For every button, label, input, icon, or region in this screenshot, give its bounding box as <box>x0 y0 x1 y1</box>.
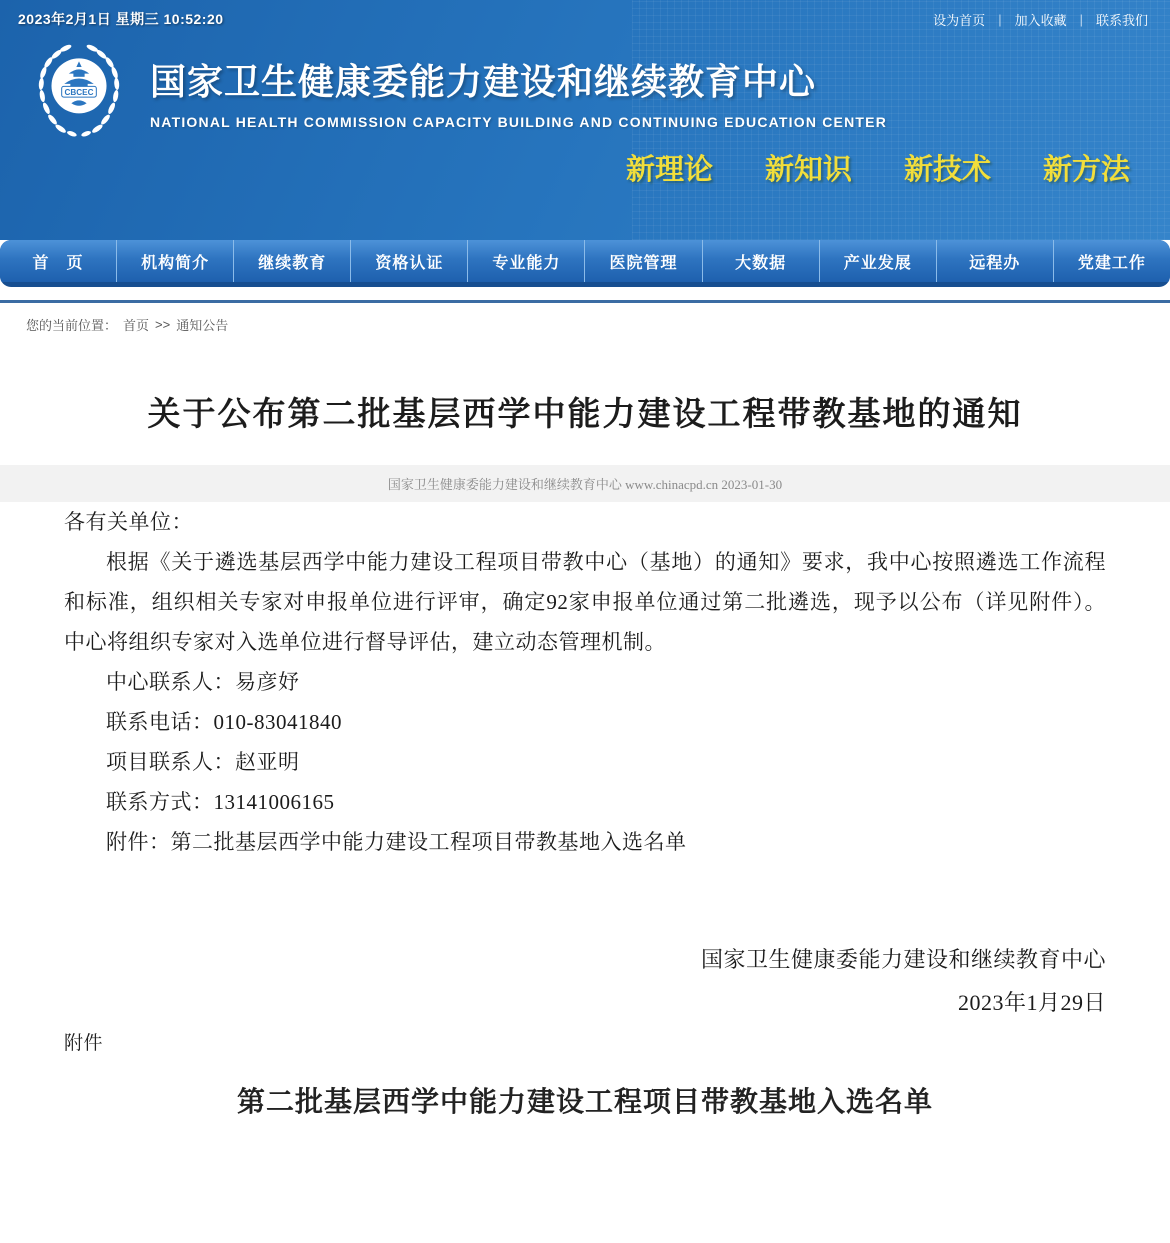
nav-item-hospital-management[interactable]: 医院管理 <box>584 240 701 282</box>
breadcrumb: 您的当前位置： 首页 >> 通知公告 <box>0 303 1170 342</box>
site-subtitle: NATIONAL HEALTH COMMISSION CAPACITY BUIL… <box>150 114 887 130</box>
nav-item-home[interactable]: 首 页 <box>0 240 116 282</box>
salutation: 各有关单位： <box>64 502 1106 542</box>
brand: CBCEC 国家卫生健康委能力建设和继续教育中心 NATIONAL HEALTH… <box>0 29 1170 145</box>
add-favorites-link[interactable]: 加入收藏 <box>1015 10 1067 29</box>
main-navigation: 首 页 机构简介 继续教育 资格认证 专业能力 医院管理 大数据 产业发展 远程… <box>0 240 1170 287</box>
slogan-links: 新理论 新知识 新技术 新方法 <box>0 145 1170 188</box>
signature-org: 国家卫生健康委能力建设和继续教育中心 <box>64 938 1106 981</box>
article-body: 各有关单位： 根据《关于遴选基层西学中能力建设工程项目带教中心（基地）的通知》要… <box>0 502 1170 1122</box>
signature-block: 国家卫生健康委能力建设和继续教育中心 2023年1月29日 <box>64 938 1106 1024</box>
attachment-line: 附件：第二批基层西学中能力建设工程项目带教基地入选名单 <box>64 822 1106 862</box>
nav-item-industry-development[interactable]: 产业发展 <box>819 240 936 282</box>
breadcrumb-prefix: 您的当前位置： <box>26 315 117 334</box>
nav-item-remote-office[interactable]: 远程办 <box>936 240 1053 282</box>
nav-item-big-data[interactable]: 大数据 <box>702 240 819 282</box>
nav-item-qualification[interactable]: 资格认证 <box>350 240 467 282</box>
cbcec-emblem-logo[interactable]: CBCEC <box>26 39 132 145</box>
slogan-new-method[interactable]: 新方法 <box>1043 147 1130 188</box>
appendix-title: 第二批基层西学中能力建设工程项目带教基地入选名单 <box>64 1082 1106 1122</box>
contact-us-link[interactable]: 联系我们 <box>1096 10 1148 29</box>
article-title: 关于公布第二批基层西学中能力建设工程带教基地的通知 <box>20 388 1150 435</box>
breadcrumb-separator: >> <box>155 317 170 332</box>
article-paragraph: 根据《关于遴选基层西学中能力建设工程项目带教中心（基地）的通知》要求，我中心按照… <box>64 542 1106 662</box>
site-header: 2023年2月1日 星期三 10:52:20 设为首页 | 加入收藏 | 联系我… <box>0 0 1170 240</box>
topbar-links: 设为首页 | 加入收藏 | 联系我们 <box>933 10 1148 29</box>
signature-date: 2023年1月29日 <box>64 981 1106 1024</box>
article-source-line: 国家卫生健康委能力建设和继续教育中心 www.chinacpd.cn 2023-… <box>0 465 1170 502</box>
breadcrumb-home-link[interactable]: 首页 <box>123 315 149 334</box>
nav-item-about[interactable]: 机构简介 <box>116 240 233 282</box>
link-separator: | <box>1080 12 1083 27</box>
slogan-new-theory[interactable]: 新理论 <box>626 147 713 188</box>
breadcrumb-current-link[interactable]: 通知公告 <box>176 315 228 334</box>
brand-text: 国家卫生健康委能力建设和继续教育中心 NATIONAL HEALTH COMMI… <box>150 54 887 130</box>
nav-item-continuing-education[interactable]: 继续教育 <box>233 240 350 282</box>
link-separator: | <box>998 12 1001 27</box>
article: 关于公布第二批基层西学中能力建设工程带教基地的通知 国家卫生健康委能力建设和继续… <box>0 388 1170 1122</box>
nav-item-professional-ability[interactable]: 专业能力 <box>467 240 584 282</box>
contact-project-person: 项目联系人：赵亚明 <box>64 742 1106 782</box>
page: 2023年2月1日 星期三 10:52:20 设为首页 | 加入收藏 | 联系我… <box>0 0 1170 1243</box>
site-title: 国家卫生健康委能力建设和继续教育中心 <box>150 54 887 105</box>
nav-item-party-building[interactable]: 党建工作 <box>1053 240 1170 282</box>
emblem-acronym: CBCEC <box>65 88 94 97</box>
slogan-new-technology[interactable]: 新技术 <box>904 147 991 188</box>
contact-phone: 联系电话：010-83041840 <box>64 702 1106 742</box>
set-homepage-link[interactable]: 设为首页 <box>933 10 985 29</box>
datetime-text: 2023年2月1日 星期三 10:52:20 <box>18 9 224 29</box>
appendix-label: 附件 <box>64 1024 1106 1064</box>
slogan-new-knowledge[interactable]: 新知识 <box>765 147 852 188</box>
topbar: 2023年2月1日 星期三 10:52:20 设为首页 | 加入收藏 | 联系我… <box>0 0 1170 29</box>
contact-mobile: 联系方式：13141006165 <box>64 782 1106 822</box>
contact-center-person: 中心联系人：易彦妤 <box>64 662 1106 702</box>
